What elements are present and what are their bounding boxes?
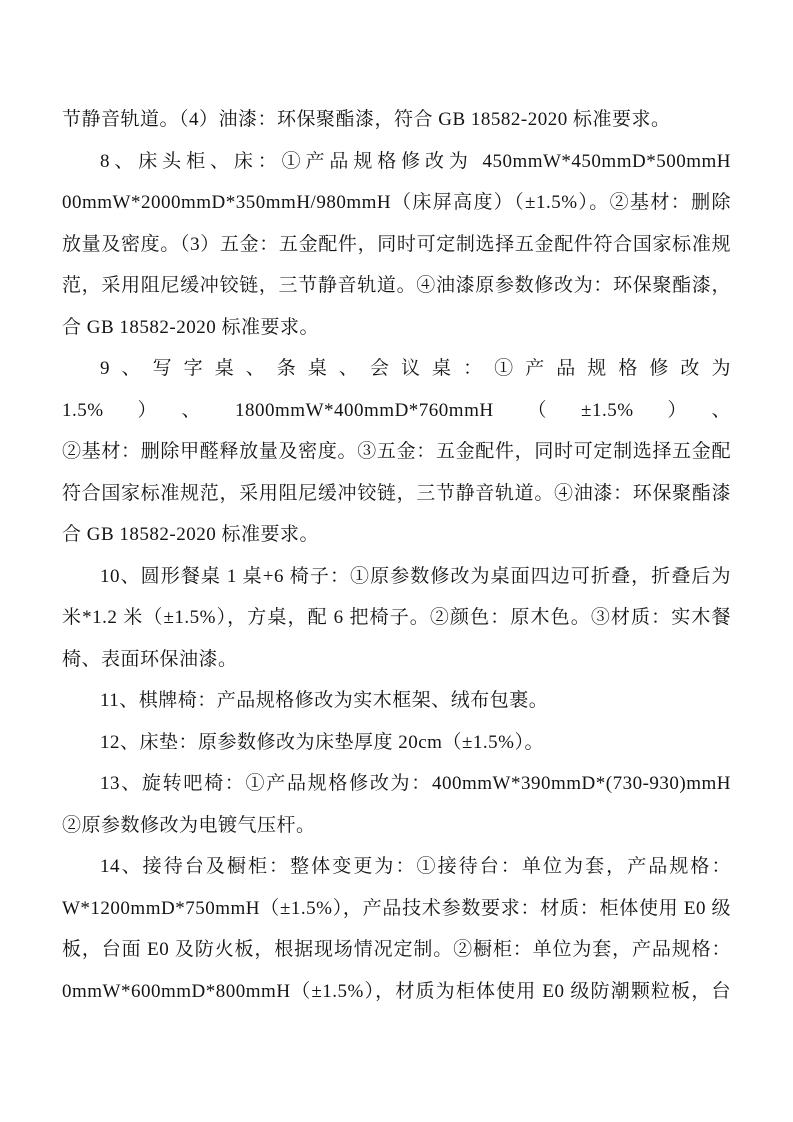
text-line: 米*1.2 米（±1.5%），方桌，配 6 把椅子。②颜色：原木色。③材质：实木…: [62, 597, 731, 639]
text-line: 00mmW*2000mmD*350mmH/980mmH（床屏高度）（±1.5%）…: [62, 182, 731, 224]
text-line: 14、接待台及橱柜：整体变更为：①接待台：单位为套，产品规格：5000mm: [62, 846, 731, 888]
text-line: ②原参数修改为电镀气压杆。: [62, 805, 731, 847]
text-line: 13、旋转吧椅：①产品规格修改为：400mmW*390mmD*(730-930)…: [62, 763, 731, 805]
text-line: 板，台面 E0 及防火板，根据现场情况定制。②橱柜：单位为套，产品规格：340: [62, 929, 731, 971]
text-line: 0mmW*600mmD*800mmH（±1.5%），材质为柜体使用 E0 级防潮…: [62, 971, 731, 1013]
text-line: 合 GB 18582-2020 标准要求。: [62, 514, 731, 556]
text-line: 符合国家标准规范，采用阻尼缓冲铰链，三节静音轨道。④油漆：环保聚酯漆符: [62, 473, 731, 515]
text-line: 范，采用阻尼缓冲铰链，三节静音轨道。④油漆原参数修改为：环保聚酯漆，符: [62, 265, 731, 307]
text-line: 9、写字桌、条桌、会议桌：①产品规格修改为 1200mmW*500mmD*750…: [62, 348, 731, 390]
text-line: 合 GB 18582-2020 标准要求。: [62, 307, 731, 349]
text-line: 椅、表面环保油漆。: [62, 639, 731, 681]
text-line: 12、床垫：原参数修改为床垫厚度 20cm（±1.5%）。: [62, 722, 731, 764]
text-line: 1.5%）、1800mmW*400mmD*760mmH（±1.5%）、2800m…: [62, 390, 731, 432]
text-line: 10、圆形餐桌 1 桌+6 椅子：①原参数修改为桌面四边可折叠，折叠后为 1.2: [62, 556, 731, 598]
text-line: ②基材：删除甲醛释放量及密度。③五金：五金配件，同时可定制选择五金配件: [62, 431, 731, 473]
document-page: 节静音轨道。（4）油漆：环保聚酯漆，符合 GB 18582-2020 标准要求。…: [0, 0, 793, 1122]
text-line: 11、棋牌椅：产品规格修改为实木框架、绒布包裹。: [62, 680, 731, 722]
text-line: 8、床头柜、床：①产品规格修改为 450mmW*450mmD*500mmH（±1…: [62, 141, 731, 183]
document-body: 节静音轨道。（4）油漆：环保聚酯漆，符合 GB 18582-2020 标准要求。…: [62, 99, 731, 1012]
text-line: W*1200mmD*750mmH（±1.5%），产品技术参数要求：材质：柜体使用…: [62, 888, 731, 930]
text-line: 节静音轨道。（4）油漆：环保聚酯漆，符合 GB 18582-2020 标准要求。: [62, 99, 731, 141]
text-line: 放量及密度。（3）五金：五金配件，同时可定制选择五金配件符合国家标准规: [62, 224, 731, 266]
